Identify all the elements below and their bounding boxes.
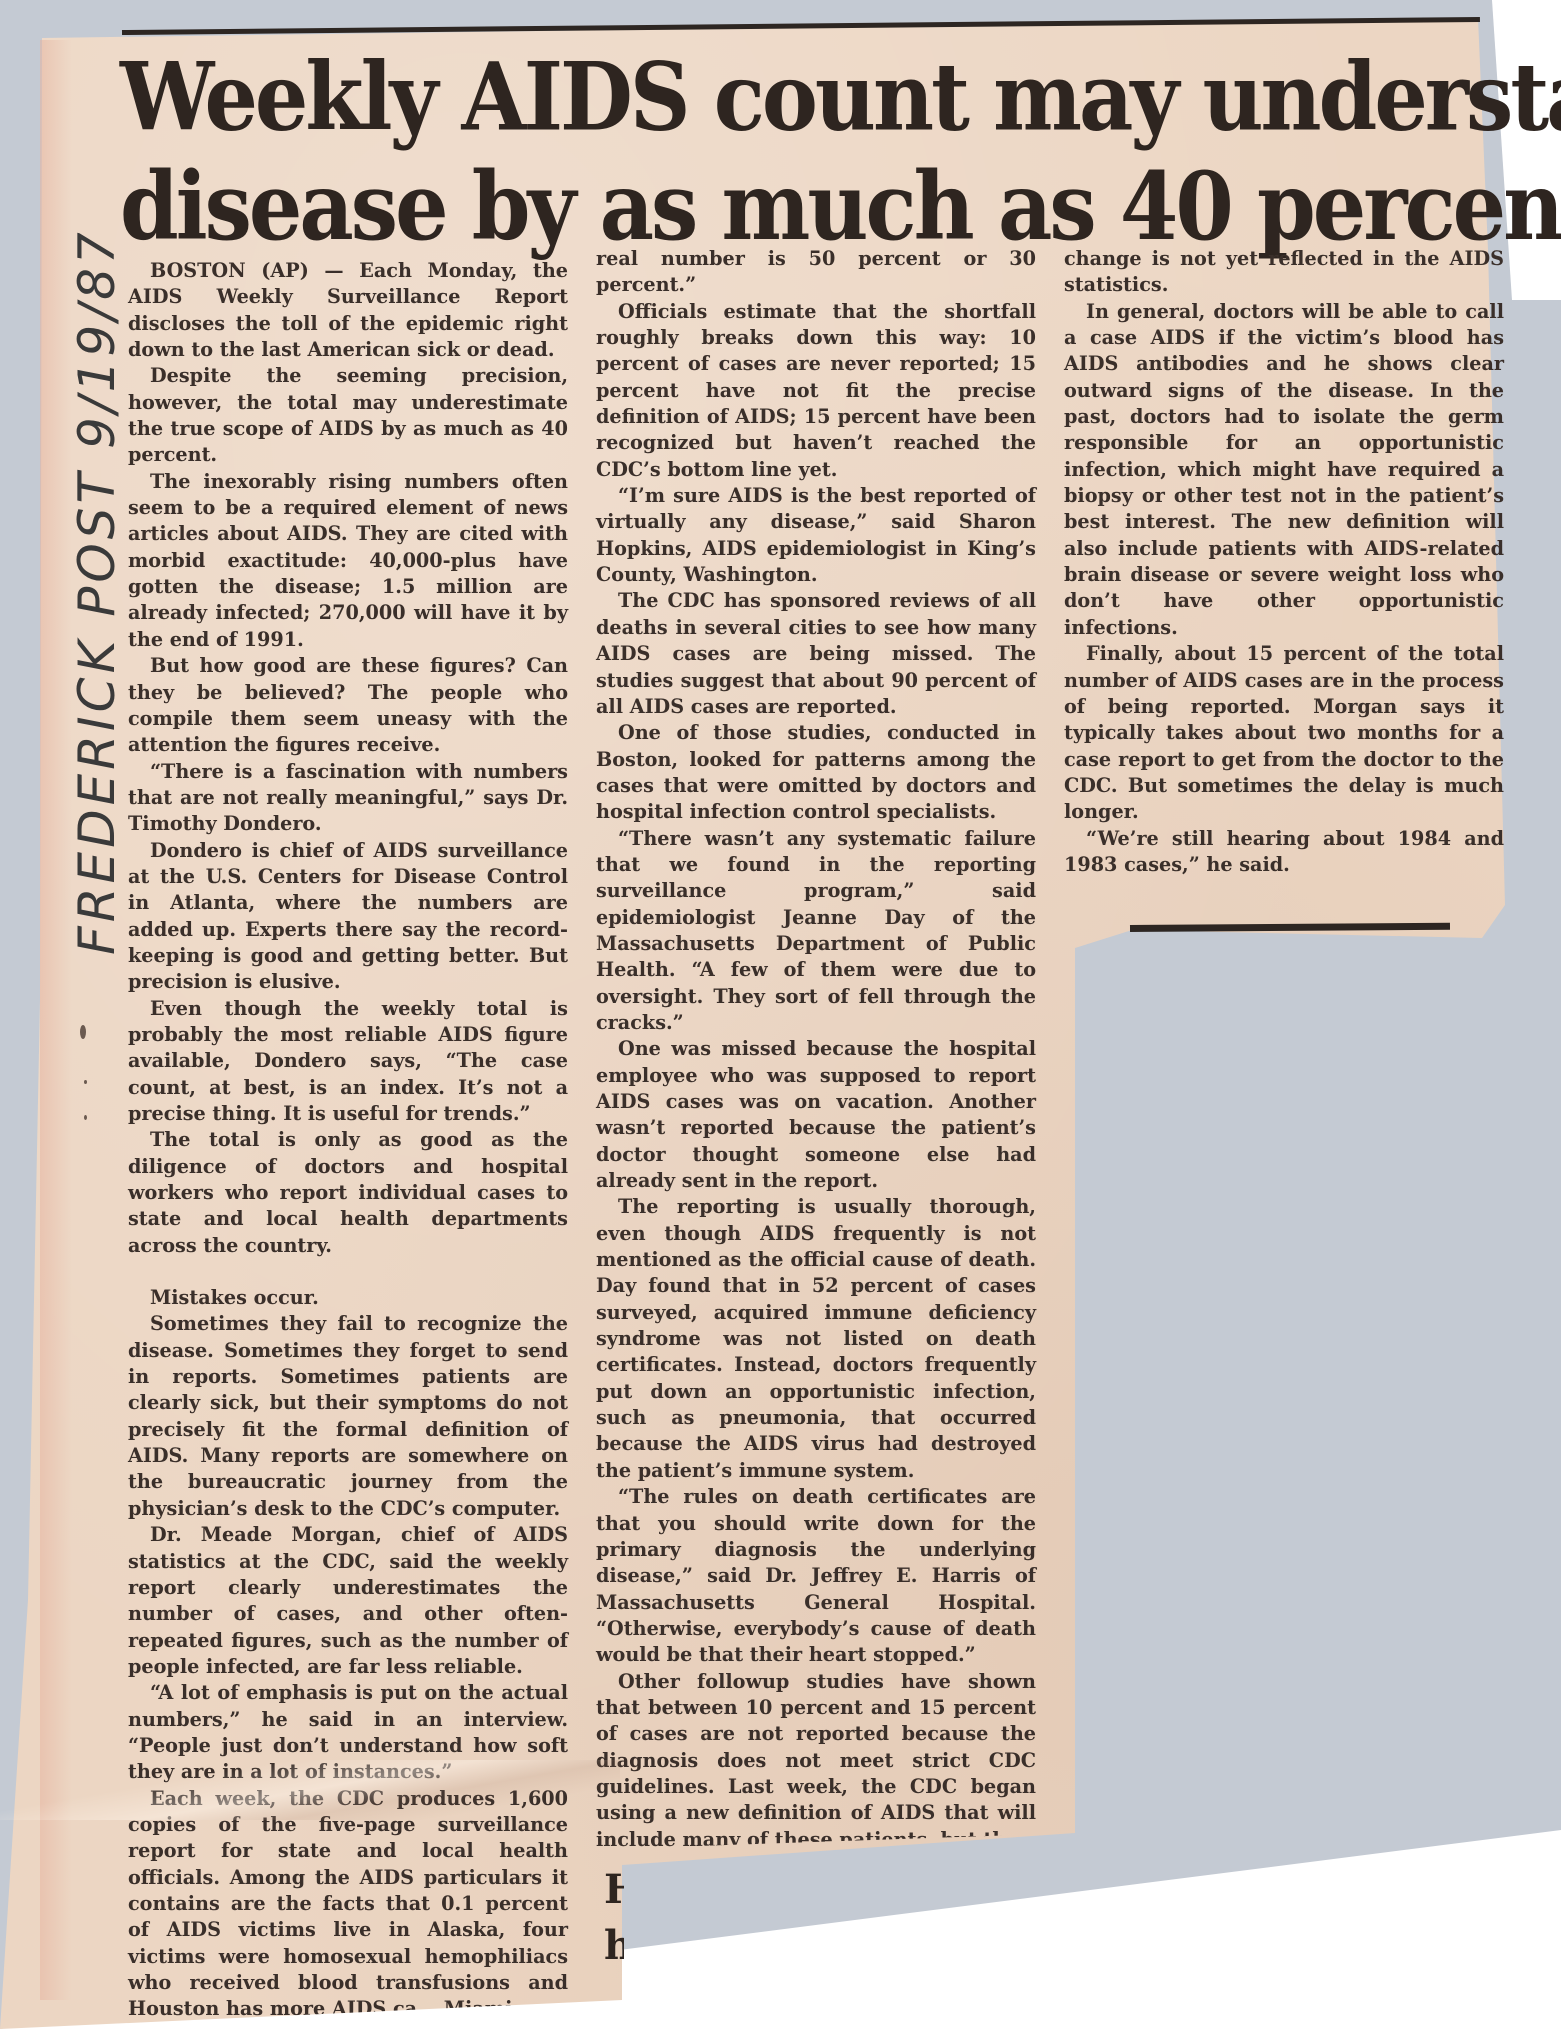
paragraph: One was missed because the hospital empl…: [596, 1036, 1036, 1194]
article-column-3: change is not yet reflected in the AIDS …: [1064, 246, 1504, 878]
paragraph: Finally, about 15 percent of the total n…: [1064, 641, 1504, 825]
paragraph: change is not yet reflected in the AIDS …: [1064, 246, 1504, 299]
paragraph: “We’re still hearing about 1984 and 1983…: [1064, 826, 1504, 879]
paper-speck: [84, 1080, 87, 1084]
paragraph: The CDC has sponsored reviews of all dea…: [596, 588, 1036, 720]
paragraph: The reporting is usually thorough, even …: [596, 1194, 1036, 1484]
paragraph: Other followup studies have shown that b…: [596, 1669, 1036, 1853]
adjacent-article-fragment: H h: [604, 1862, 624, 1974]
article-column-2: real number is 50 percent or 30 percent.…: [596, 246, 1036, 1853]
paragraph: real number is 50 percent or 30 percent.…: [596, 246, 1036, 299]
paragraph: In general, doctors will be able to call…: [1064, 299, 1504, 641]
paragraph: Officials estimate that the shortfall ro…: [596, 299, 1036, 483]
paragraph: “There wasn’t any systematic failure tha…: [596, 826, 1036, 1037]
paragraph: One of those studies, conducted in Bosto…: [596, 720, 1036, 825]
paper-speck: [80, 1025, 86, 1039]
paragraph: “I’m sure AIDS is the best reported of v…: [596, 483, 1036, 588]
paragraph: “The rules on death certificates are tha…: [596, 1484, 1036, 1668]
paper-speck: [84, 1115, 87, 1120]
